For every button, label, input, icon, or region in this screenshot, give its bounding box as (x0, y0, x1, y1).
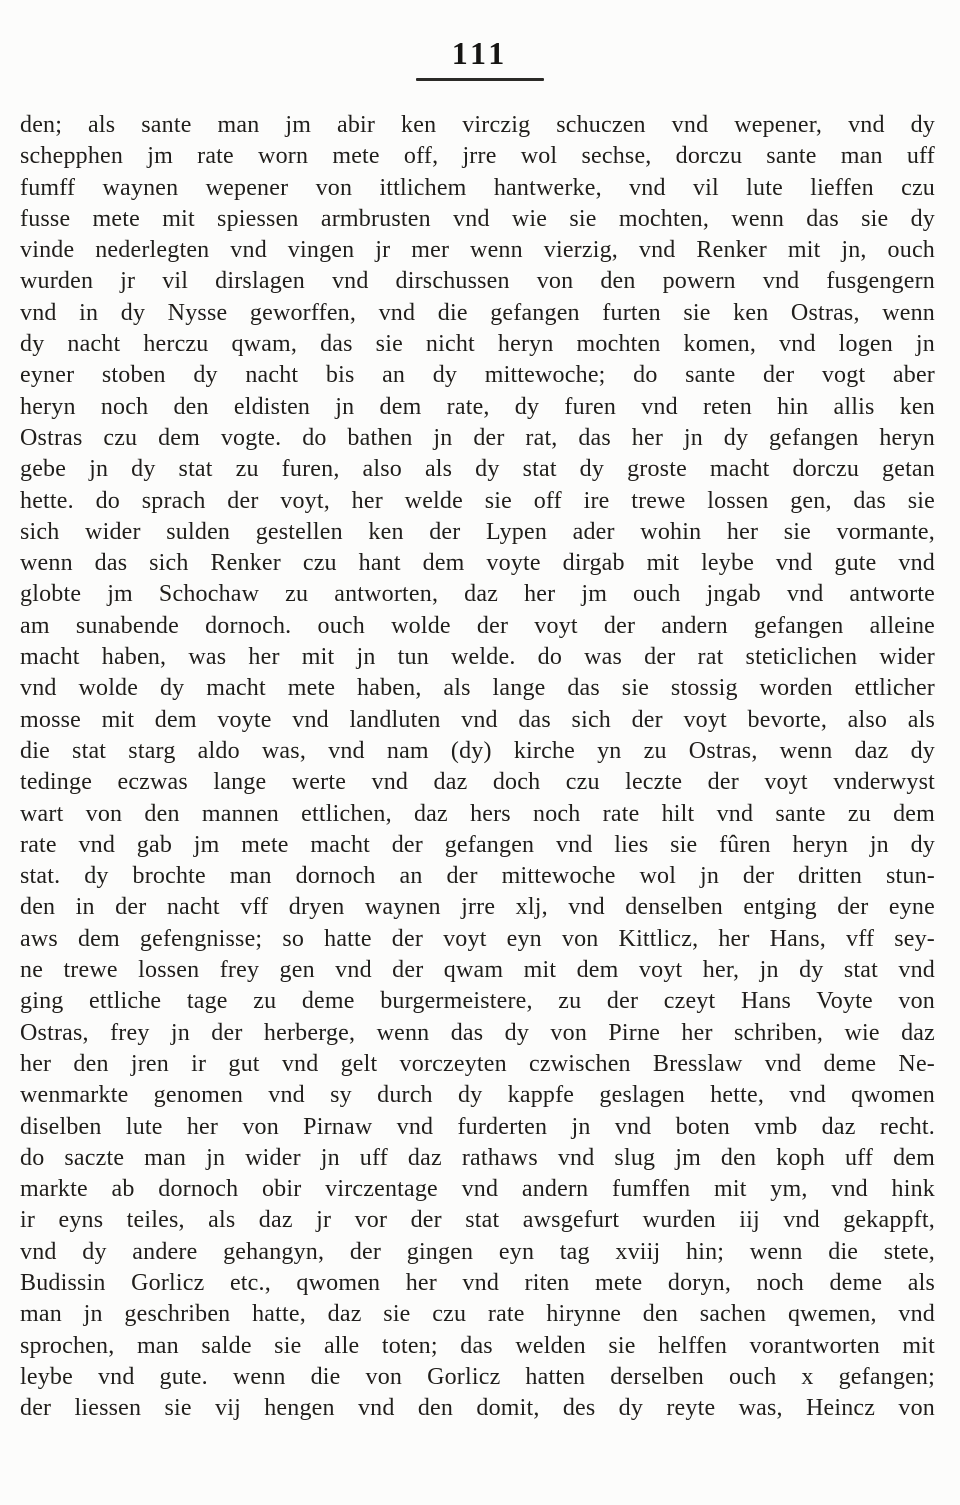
text-line: vnd dy andere gehangyn, der gingen eyn t… (20, 1237, 935, 1268)
text-line: globte jm Schochaw zu antworten, daz her… (20, 579, 935, 610)
text-line: do saczte man jn wider jn uff daz rathaw… (20, 1143, 935, 1174)
text-line: die stat starg aldo was, vnd nam (dy) ki… (20, 736, 935, 767)
text-line: aws dem gefengnisse; so hatte der voyt e… (20, 924, 935, 955)
text-line: wurden jr vil dirslagen vnd dirschussen … (20, 266, 935, 297)
text-line: her den jren ir gut vnd gelt vorczeyten … (20, 1049, 935, 1080)
text-line: vnd in dy Nysse geworffen, vnd die gefan… (20, 298, 935, 329)
text-line: gebe jn dy stat zu furen, also als dy st… (20, 454, 935, 485)
text-line: eyner stoben dy nacht bis an dy mittewoc… (20, 360, 935, 391)
text-line: am sunabende dornoch. ouch wolde der voy… (20, 611, 935, 642)
text-line: vinde nederlegten vnd vingen jr mer wenn… (20, 235, 935, 266)
text-line: diselben lute her von Pirnaw vnd furdert… (20, 1112, 935, 1143)
text-line: Ostras, frey jn der herberge, wenn das d… (20, 1018, 935, 1049)
text-line: sich wider sulden gestellen ken der Lype… (20, 517, 935, 548)
text-line: leybe vnd gute. wenn die von Gorlicz hat… (20, 1362, 935, 1393)
text-line: hette. do sprach der voyt, her welde sie… (20, 486, 935, 517)
text-line: ir eyns teiles, als daz jr vor der stat … (20, 1205, 935, 1236)
text-line: wenn das sich Renker czu hant dem voyte … (20, 548, 935, 579)
text-line: tedinge eczwas lange werte vnd daz doch … (20, 767, 935, 798)
text-line: wart von den mannen ettlichen, daz hers … (20, 799, 935, 830)
text-line: heryn noch den eldisten jn dem rate, dy … (20, 392, 935, 423)
text-line: vnd wolde dy macht mete haben, als lange… (20, 673, 935, 704)
page-number-divider (416, 78, 544, 81)
text-line: rate vnd gab jm mete macht der gefangen … (20, 830, 935, 861)
text-line: fumff waynen wepener von ittlichem hantw… (20, 173, 935, 204)
text-line: fusse mete mit spiessen armbrusten vnd w… (20, 204, 935, 235)
text-line: macht haben, was her mit jn tun welde. d… (20, 642, 935, 673)
text-line: ging ettliche tage zu deme burgermeister… (20, 986, 935, 1017)
text-line: markte ab dornoch obir virczentage vnd a… (20, 1174, 935, 1205)
scanned-book-page: 111 den; als sante man jm abir ken vircz… (0, 0, 960, 1505)
page-header: 111 (0, 36, 960, 81)
text-line: schepphen jm rate worn mete off, jrre wo… (20, 141, 935, 172)
text-line: den; als sante man jm abir ken virczig s… (20, 110, 935, 141)
text-line: dy nacht herczu qwam, das sie nicht hery… (20, 329, 935, 360)
page-number: 111 (452, 36, 508, 70)
text-line: Ostras czu dem vogte. do bathen jn der r… (20, 423, 935, 454)
text-line: mosse mit dem voyte vnd landluten vnd da… (20, 705, 935, 736)
text-line: ne trewe lossen frey gen vnd der qwam mi… (20, 955, 935, 986)
text-line: sprochen, man salde sie alle toten; das … (20, 1331, 935, 1362)
text-line: den in der nacht vff dryen waynen jrre x… (20, 892, 935, 923)
text-line: man jn geschriben hatte, daz sie czu rat… (20, 1299, 935, 1330)
text-block: den; als sante man jm abir ken virczig s… (20, 110, 935, 1424)
text-line: der liessen sie vij hengen vnd den domit… (20, 1393, 935, 1424)
text-line: stat. dy brochte man dornoch an der mitt… (20, 861, 935, 892)
text-line: Budissin Gorlicz etc., qwomen her vnd ri… (20, 1268, 935, 1299)
text-line: wenmarkte genomen vnd sy durch dy kappfe… (20, 1080, 935, 1111)
